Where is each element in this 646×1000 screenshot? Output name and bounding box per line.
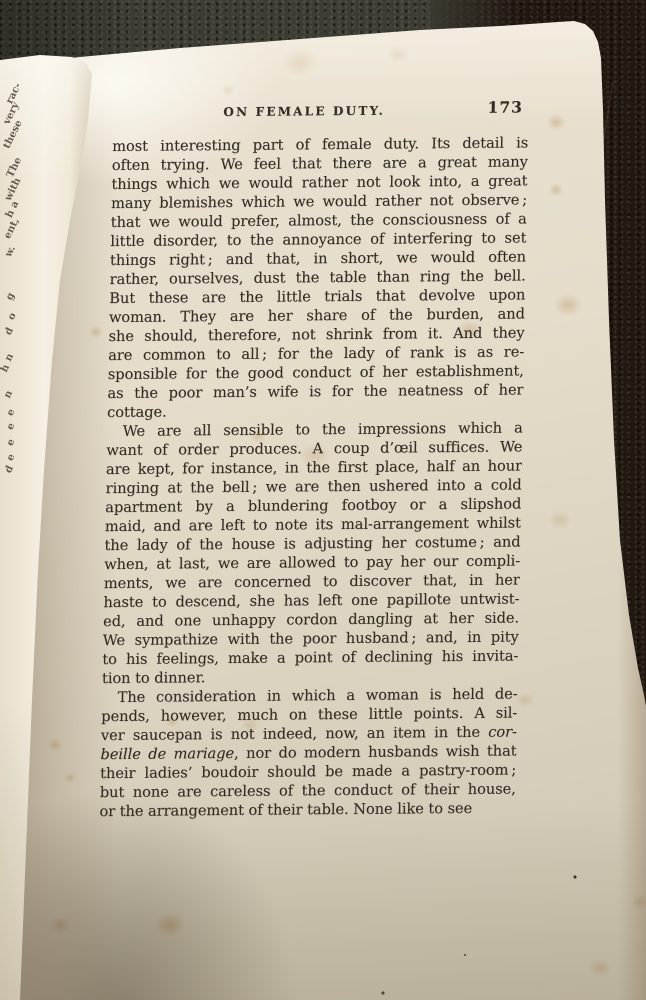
- edge-text-fragment: n: [2, 389, 15, 400]
- edge-text-fragment: w.: [3, 244, 18, 259]
- paragraph-1: most interesting part of female duty. It…: [107, 133, 528, 422]
- edge-text-fragment: g: [4, 291, 17, 302]
- text-line: or the arrangement of their table. None …: [99, 798, 515, 821]
- page-header: ON FEMALE DUTY. 173: [113, 100, 529, 120]
- text-segment: , nor do modern husbands wish that: [234, 742, 517, 761]
- edge-text-fragment: d: [3, 464, 16, 475]
- edge-text-fragment: e: [5, 407, 18, 418]
- paragraph-3: The consideration in which a woman is he…: [99, 684, 518, 821]
- edge-text-fragment: e: [5, 421, 18, 432]
- book-page: ON FEMALE DUTY. 173 most interesting par…: [0, 0, 646, 1000]
- italic-text: cor-: [488, 723, 517, 740]
- running-title: ON FEMALE DUTY.: [223, 102, 385, 122]
- text-segment: ver saucepan is not indeed, now, an item…: [101, 724, 489, 744]
- italic-text: beille de mariage: [100, 745, 234, 763]
- edge-text-fragment: e: [5, 452, 18, 463]
- photo-frame: ON FEMALE DUTY. 173 most interesting par…: [0, 0, 646, 1000]
- text-line: as the poor man’s wife is for the neatne…: [107, 380, 523, 403]
- paragraph-2: We are all sensible to the impressions w…: [102, 418, 523, 688]
- edge-text-fragment: with: [3, 176, 24, 203]
- page-number: 173: [487, 97, 523, 116]
- edge-text-fragment: h: [0, 363, 12, 374]
- edge-text-fragment: n: [3, 352, 16, 363]
- edge-text-fragment: ent,: [2, 216, 21, 240]
- page-text-block: ON FEMALE DUTY. 173 most interesting par…: [99, 100, 529, 821]
- edge-text-fragment: d: [3, 326, 16, 337]
- edge-text-fragment: e: [5, 437, 18, 448]
- text-line: to his feelings, make a point of declini…: [102, 646, 518, 669]
- edge-text-fragment: o: [6, 311, 19, 322]
